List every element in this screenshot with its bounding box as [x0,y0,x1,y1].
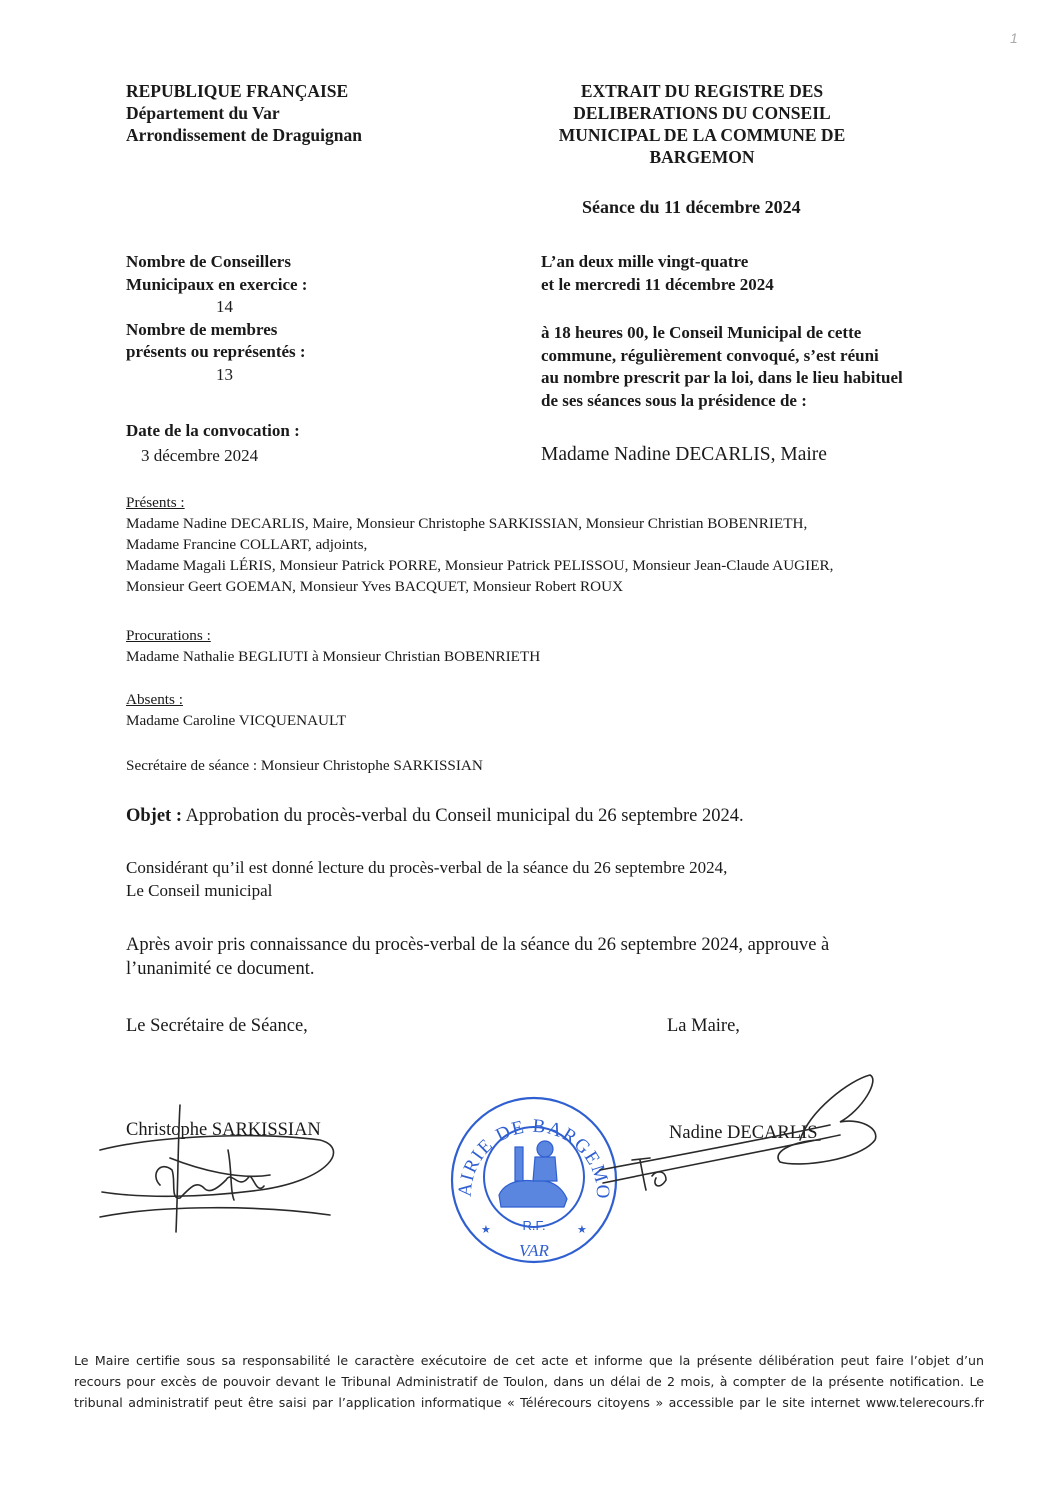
footer-line: Le Maire certifie sous sa responsabilité… [74,1350,984,1371]
mayor-signature-icon [0,0,1058,1496]
footer-line: recours pour excès de pouvoir devant le … [74,1371,984,1392]
legal-footer: Le Maire certifie sous sa responsabilité… [74,1350,984,1413]
footer-line: tribunal administratif peut être saisi p… [74,1392,984,1413]
